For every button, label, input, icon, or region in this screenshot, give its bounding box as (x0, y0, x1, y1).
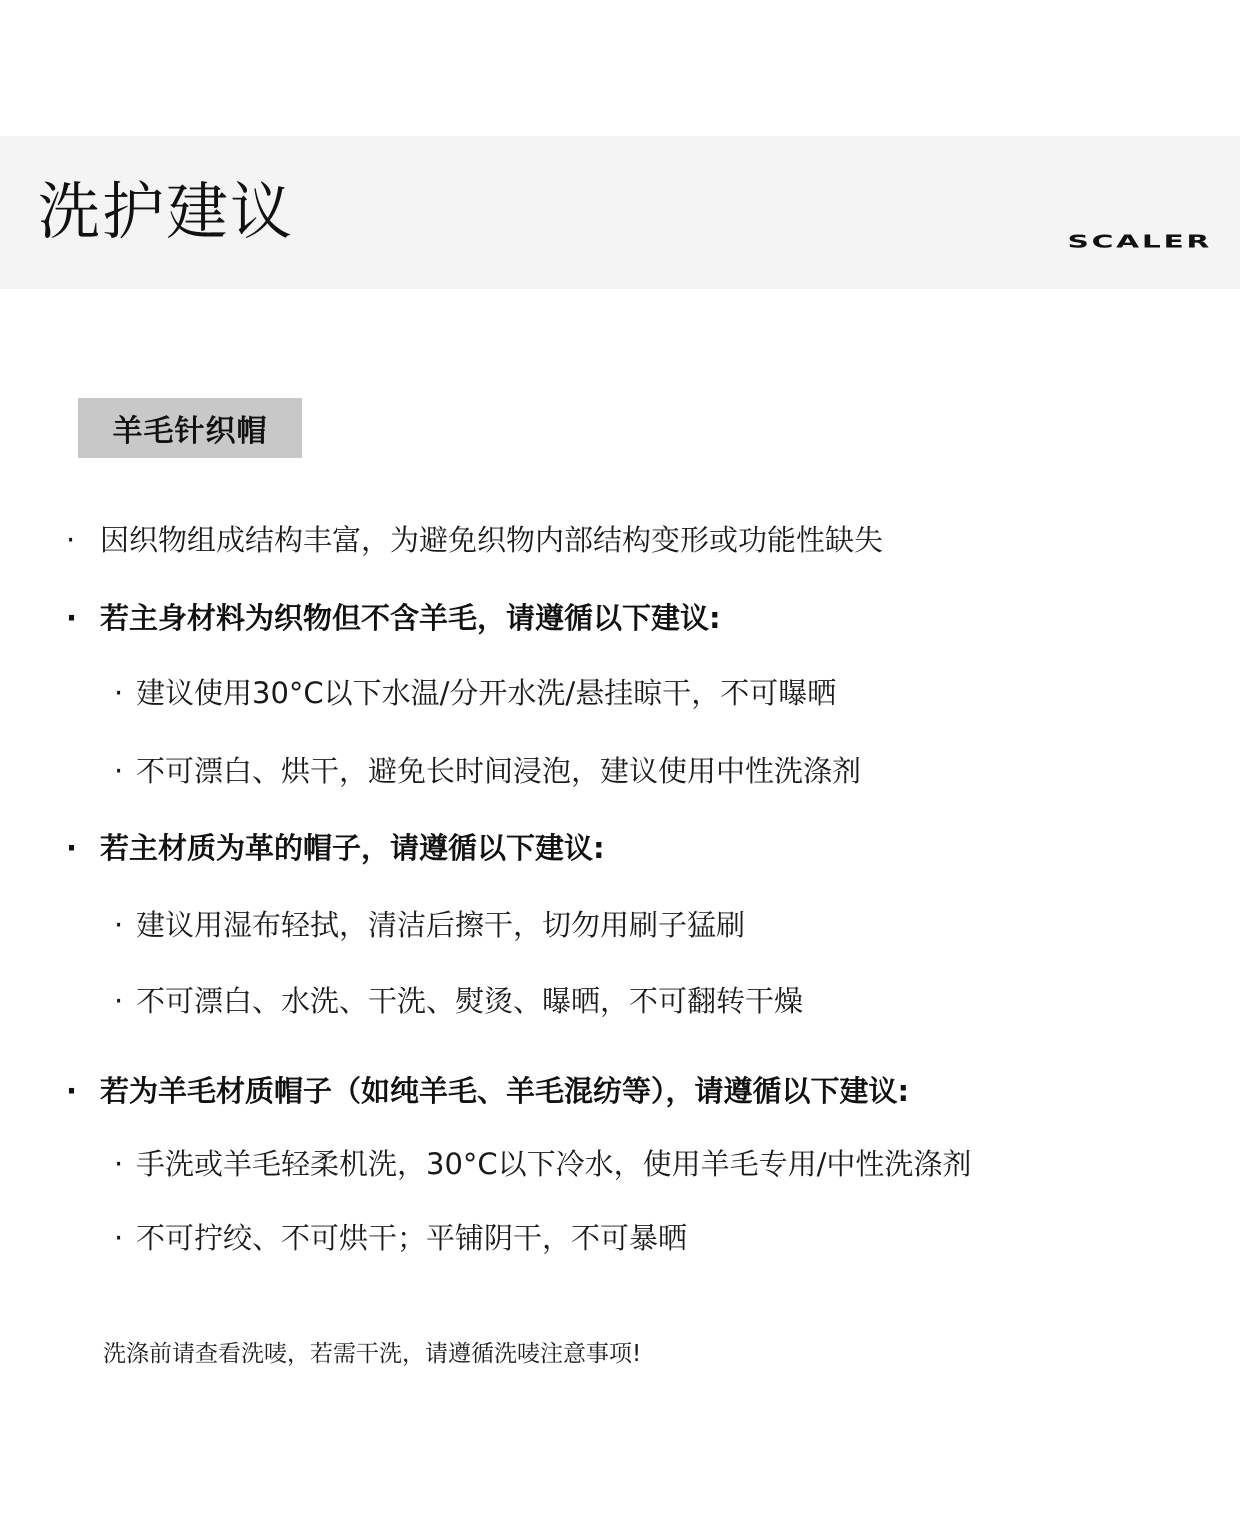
care-item-text: 不可拧绞、不可烘干；平铺阴干，不可暴晒 (136, 1221, 687, 1255)
care-item-text: 建议用湿布轻拭，清洁后擦干，切勿用刷子猛刷 (136, 908, 745, 942)
care-subitem: ·不可漂白、烘干，避免长时间浸泡，建议使用中性洗涤剂 (114, 751, 861, 791)
page-title: 洗护建议 (38, 176, 294, 248)
bullet-icon: · (66, 598, 100, 638)
care-item-text: 不可漂白、烘干，避免长时间浸泡，建议使用中性洗涤剂 (136, 754, 861, 788)
bullet-icon: · (114, 981, 136, 1021)
care-section-heading-wool: ·若为羊毛材质帽子（如纯羊毛、羊毛混纺等），请遵循以下建议: (66, 1071, 909, 1111)
bullet-icon: · (66, 520, 100, 560)
care-item-text: 若为羊毛材质帽子（如纯羊毛、羊毛混纺等），请遵循以下建议: (100, 1074, 909, 1108)
bullet-icon: · (114, 751, 136, 791)
care-section-heading-leather: ·若主材质为革的帽子，请遵循以下建议: (66, 828, 605, 868)
care-section-heading-fabric: ·若主身材料为织物但不含羊毛，请遵循以下建议: (66, 598, 721, 638)
care-item-text: 手洗或羊毛轻柔机洗，30°C以下冷水，使用羊毛专用/中性洗涤剂 (136, 1147, 971, 1181)
care-item-text: 若主材质为革的帽子，请遵循以下建议: (100, 831, 605, 865)
bullet-icon: · (114, 1144, 136, 1184)
bullet-icon: · (114, 673, 136, 713)
bullet-icon: · (66, 828, 100, 868)
care-subitem: ·手洗或羊毛轻柔机洗，30°C以下冷水，使用羊毛专用/中性洗涤剂 (114, 1144, 971, 1184)
bullet-icon: · (66, 1071, 100, 1111)
header-band: 洗护建议 SCALER (0, 136, 1240, 289)
care-subitem: ·不可拧绞、不可烘干；平铺阴干，不可暴晒 (114, 1218, 687, 1258)
footer-note: 洗涤前请查看洗唛，若需干洗，请遵循洗唛注意事项! (103, 1338, 641, 1370)
brand-logo: SCALER (1068, 233, 1212, 253)
bullet-icon: · (114, 905, 136, 945)
care-subitem: ·不可漂白、水洗、干洗、熨烫、曝晒，不可翻转干燥 (114, 981, 803, 1021)
care-subitem: ·建议用湿布轻拭，清洁后擦干，切勿用刷子猛刷 (114, 905, 745, 945)
care-item-text: 不可漂白、水洗、干洗、熨烫、曝晒，不可翻转干燥 (136, 984, 803, 1018)
care-item-text: 若主身材料为织物但不含羊毛，请遵循以下建议: (100, 601, 721, 635)
care-subitem: ·建议使用30°C以下水温/分开水洗/悬挂晾干，不可曝晒 (114, 673, 836, 713)
care-item-intro: ·因织物组成结构丰富，为避免织物内部结构变形或功能性缺失 (66, 520, 883, 560)
care-item-text: 建议使用30°C以下水温/分开水洗/悬挂晾干，不可曝晒 (136, 676, 836, 710)
care-item-text: 因织物组成结构丰富，为避免织物内部结构变形或功能性缺失 (100, 523, 883, 557)
category-tag: 羊毛针织帽 (78, 398, 302, 458)
bullet-icon: · (114, 1218, 136, 1258)
